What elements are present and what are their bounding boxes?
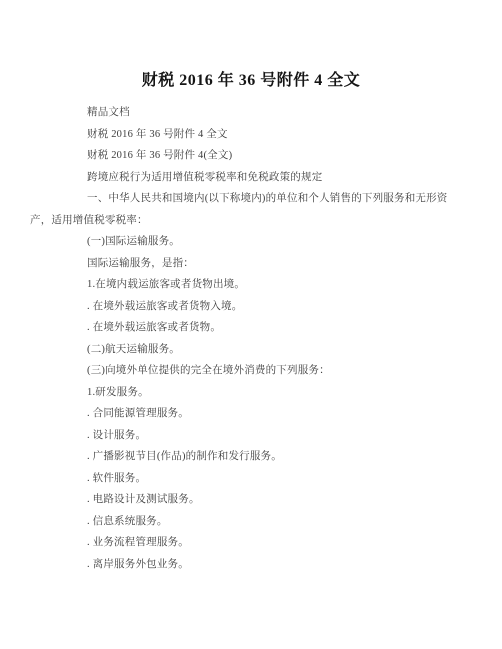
document-line: (一)国际运输服务。: [30, 231, 502, 253]
document-line: . 在境外载运旅客或者货物。: [30, 317, 502, 339]
document-line: 精品文档: [30, 102, 502, 124]
document-line: 一、中华人民共和国境内(以下称境内)的单位和个人销售的下列服务和无形资: [30, 188, 502, 210]
document-line: . 信息系统服务。: [30, 511, 502, 533]
document-page: 财税 2016 年 36 号附件 4 全文 精品文档财税 2016 年 36 号…: [0, 0, 502, 649]
document-line: 1.研发服务。: [30, 382, 502, 404]
document-line: (二)航天运输服务。: [30, 339, 502, 361]
document-line: (三)向境外单位提供的完全在境外消费的下列服务：: [30, 360, 502, 382]
document-line: 1.在境内载运旅客或者货物出境。: [30, 274, 502, 296]
document-line: 财税 2016 年 36 号附件 4(全文): [30, 145, 502, 167]
document-line: . 广播影视节目(作品)的制作和发行服务。: [30, 446, 502, 468]
document-line: . 合同能源管理服务。: [30, 403, 502, 425]
document-line: 财税 2016 年 36 号附件 4 全文: [30, 124, 502, 146]
document-line: 产，适用增值税零税率：: [30, 210, 502, 232]
document-line: . 在境外载运旅客或者货物入境。: [30, 296, 502, 318]
document-line: 跨境应税行为适用增值税零税率和免税政策的规定: [30, 167, 502, 189]
document-title: 财税 2016 年 36 号附件 4 全文: [0, 67, 502, 90]
document-line: . 软件服务。: [30, 468, 502, 490]
document-line: . 业务流程管理服务。: [30, 532, 502, 554]
document-line: . 设计服务。: [30, 425, 502, 447]
document-line: 国际运输服务，是指：: [30, 253, 502, 275]
document-line: . 电路设计及测试服务。: [30, 489, 502, 511]
document-body: 精品文档财税 2016 年 36 号附件 4 全文财税 2016 年 36 号附…: [30, 102, 502, 575]
document-line: . 离岸服务外包业务。: [30, 554, 502, 576]
